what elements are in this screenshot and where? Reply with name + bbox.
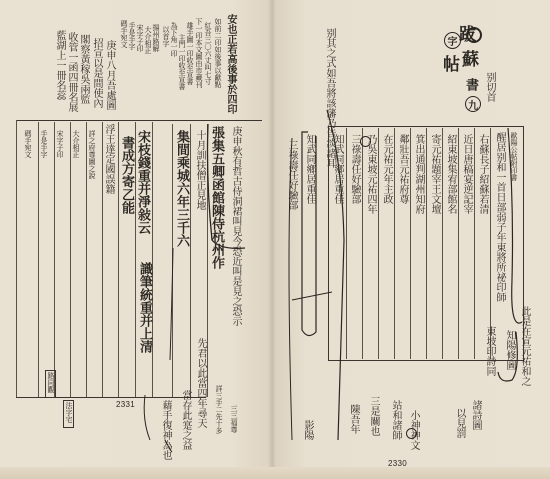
circle-mark-icon [360,136,371,147]
ink-annotations [0,0,272,479]
book-gutter [268,0,276,479]
circle-mark-icon [406,428,417,439]
left-page: 安也正若高後事於四印 如前二印如後事以獻點 紅吾三〇六丈叫七寸 下一印本文圖由市… [0,0,272,479]
ink-annotations [272,0,550,479]
page-number: 2331 [116,400,135,409]
book-spread: 安也正若高後事於四印 如前二印如後事以獻點 紅吾三〇六丈叫七寸 下一印本文圖由市… [0,0,550,479]
right-page: 字 跋 蘇 帖 書 九 别切首 别其之式如吾將該藩乃告淡諸耳 歐陽公帖附印書 醒… [272,0,550,479]
page-bottom-edge [0,467,550,479]
